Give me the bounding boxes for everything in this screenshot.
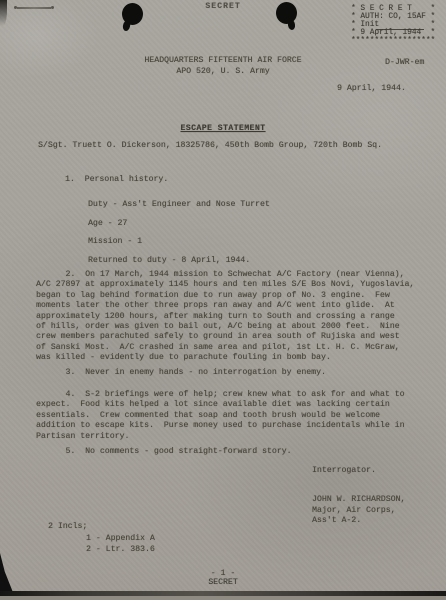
date-line: 9 April, 1944. [337,84,406,94]
subject-line: S/Sgt. Truett O. Dickerson, 18325786, 45… [38,141,382,151]
headquarters-block: HEADQUARTERS FIFTEENTH AIR FORCE APO 520… [0,56,446,77]
scan-edge-light [0,596,446,600]
document-title: ESCAPE STATEMENT [0,124,446,134]
scanned-document-page: SECRET ****************** * S E C R E T … [0,0,446,600]
mission-narrative-paragraph: 2. On 17 March, 1944 mission to Schwecha… [36,270,436,364]
enclosures-heading: 2 Incls; [48,522,87,532]
interrogator-label: Interrogator. [312,466,376,476]
comments-paragraph: 5. No comments - good straight-forward s… [36,447,436,457]
briefings-paragraph: 4. S-2 briefings were of help; crew knew… [36,390,436,442]
classification-footer: SECRET [0,578,446,588]
classification-auth-stamp: ****************** * S E C R E T * * AUT… [351,0,435,46]
hole-punch-icon [122,3,143,25]
personal-history-details: Duty - Ass't Engineer and Nose Turret Ag… [88,196,270,271]
hole-punch-icon [276,2,297,24]
personal-history-heading: 1. Personal history. [65,175,168,185]
enemy-hands-paragraph: 3. Never in enemy hands - no interrogati… [36,368,436,378]
signature-block: JOHN W. RICHARDSON, Major, Air Corps, As… [312,495,405,527]
stamp-initials-line [376,29,424,30]
enclosures-list: 1 - Appendix A 2 - Ltr. 383.6 [86,533,155,555]
reference-code: D-JWR-em [385,58,424,68]
